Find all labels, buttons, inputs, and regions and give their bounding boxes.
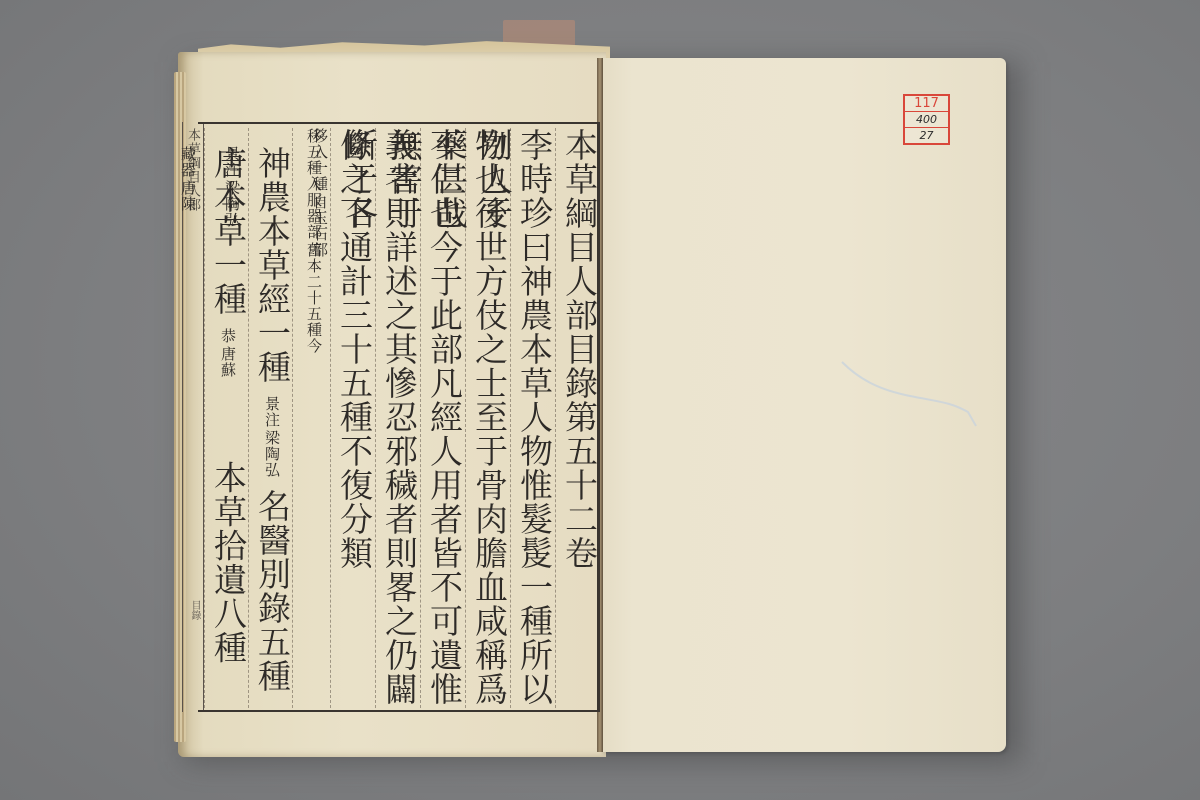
entry-shennong: 神農本草經一種 (253, 146, 292, 384)
annotation: 唐陳 藏器 (179, 146, 196, 212)
text-column-9: 唐本草一種 唐蘇 恭 本草拾遺八種 唐陳 藏器 (204, 128, 248, 708)
annotation: 唐蘇 恭 (219, 328, 236, 378)
text-column-8: 神農本草經一種 梁陶弘 景注 名醫別錄五種 梁陶弘 景注 (248, 128, 292, 708)
stamp-row-1: 117 (905, 96, 948, 112)
text-column-6: 條之下通計三十五種不復分類 舊本二十五種今 移五種入服器部 (330, 128, 374, 708)
text-column-4: 不仁也今于此部凡經人用者皆不可遺惟無害于 (420, 128, 464, 708)
annotation: 自玉石部 移入一種 (311, 128, 328, 258)
paper-crease (840, 360, 980, 430)
catalog-stamp: 117 400 27 (903, 94, 950, 145)
stamp-row-3: 27 (905, 128, 948, 143)
annotation: 梁陶弘 景注 (263, 396, 280, 478)
preface-text: 條之下通計三十五種不復分類 (335, 128, 374, 570)
text-column-5: 義者則詳述之其慘忍邪穢者則畧之仍闢斷于各 (375, 128, 419, 708)
entry-mingyi: 名醫別錄五種 (253, 489, 292, 693)
text-column-7: 自玉石部 移入一種 (292, 128, 330, 708)
stamp-row-2: 400 (905, 112, 948, 128)
entry-bencao-shiyi: 本草拾遺八種 (209, 461, 248, 665)
entry-tang-bencao: 唐本草一種 (209, 146, 248, 316)
text-column-3: 物也後世方伎之士至于骨肉膽血咸稱爲藥甚哉 (465, 128, 509, 708)
contents-title: 本草綱目人部目錄第五十二卷 (560, 128, 599, 570)
text-column-title: 本草綱目人部目錄第五十二卷 (555, 128, 599, 708)
text-column-2: 李時珍曰神農本草人物惟髮髲一種所以別人于 (510, 128, 554, 708)
